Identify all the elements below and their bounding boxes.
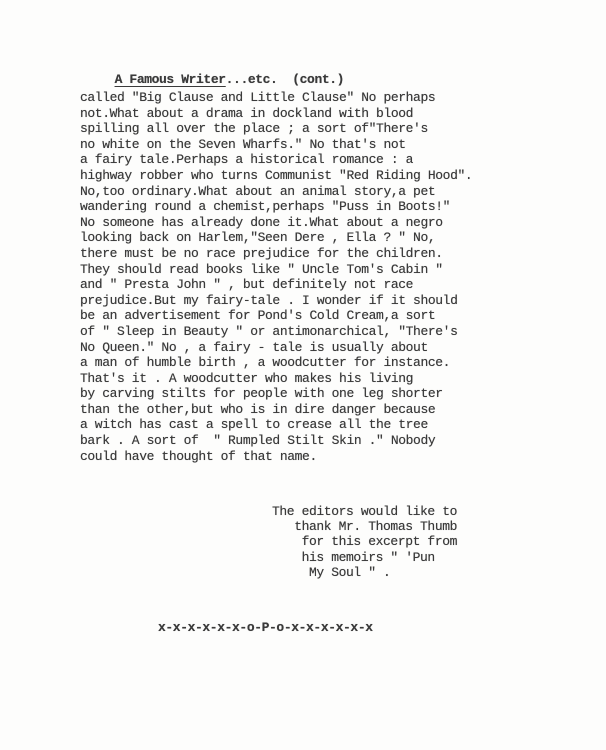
- text-line: No Queen." No , a fairy - tale is usuall…: [80, 340, 472, 356]
- text-line: for this excerpt from: [272, 534, 457, 549]
- text-line: looking back on Harlem,"Seen Dere , Ella…: [80, 230, 472, 246]
- text-line: That's it . A woodcutter who makes his l…: [80, 371, 472, 387]
- text-line: highway robber who turns Communist "Red …: [80, 168, 472, 184]
- text-line: there must be no race prejudice for the …: [80, 246, 472, 262]
- text-line: than the other,but who is in dire danger…: [80, 402, 472, 418]
- page-title-underlined: A Famous Writer: [115, 72, 226, 87]
- text-line: wandering round a chemist,perhaps "Puss …: [80, 199, 472, 215]
- text-line: not.What about a drama in dockland with …: [80, 106, 472, 122]
- text-line: be an advertisement for Pond's Cold Crea…: [80, 308, 472, 324]
- body-paragraph: called "Big Clause and Little Clause" No…: [80, 90, 472, 464]
- document-page: A Famous Writer...etc. (cont.) called "B…: [0, 0, 606, 750]
- text-line: his memoirs " 'Pun: [272, 550, 457, 565]
- divider-line: x-x-x-x-x-x-o-P-o-x-x-x-x-x-x: [158, 620, 373, 636]
- text-line: No,too ordinary.What about an animal sto…: [80, 184, 472, 200]
- text-line: a man of humble birth , a woodcutter for…: [80, 355, 472, 371]
- page-title-rest: ...etc. (cont.): [226, 72, 344, 87]
- text-line: No someone has already done it.What abou…: [80, 215, 472, 231]
- text-line: bark . A sort of " Rumpled Stilt Skin ."…: [80, 433, 472, 449]
- text-line: They should read books like " Uncle Tom'…: [80, 262, 472, 278]
- text-line: spilling all over the place ; a sort of"…: [80, 121, 472, 137]
- text-line: could have thought of that name.: [80, 449, 472, 465]
- text-line: called "Big Clause and Little Clause" No…: [80, 90, 472, 106]
- text-line: and " Presta John " , but definitely not…: [80, 277, 472, 293]
- text-line: a witch has cast a spell to crease all t…: [80, 417, 472, 433]
- text-line: of " Sleep in Beauty " or antimonarchica…: [80, 324, 472, 340]
- text-line: thank Mr. Thomas Thumb: [272, 519, 457, 534]
- text-line: a fairy tale.Perhaps a historical romanc…: [80, 152, 472, 168]
- text-line: no white on the Seven Wharfs." No that's…: [80, 137, 472, 153]
- text-line: The editors would like to: [272, 504, 457, 519]
- text-line: by carving stilts for people with one le…: [80, 386, 472, 402]
- text-line: prejudice.But my fairy-tale . I wonder i…: [80, 293, 472, 309]
- text-line: My Soul " .: [272, 565, 457, 580]
- closing-note: The editors would like to thank Mr. Thom…: [272, 504, 457, 580]
